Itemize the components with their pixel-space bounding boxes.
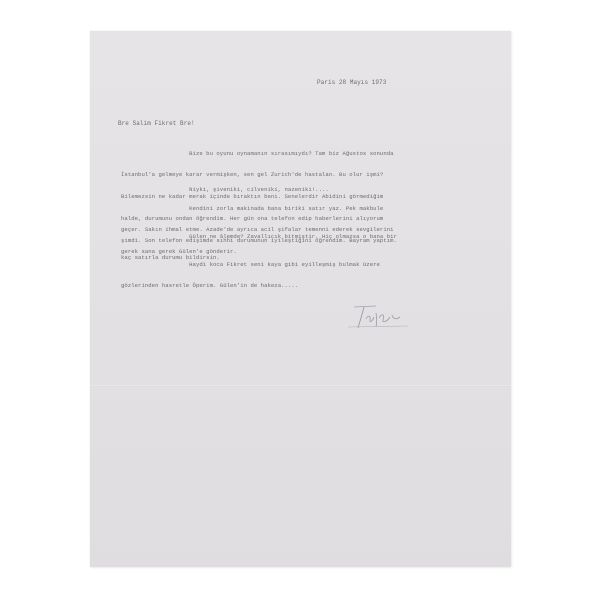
letter-paper: Paris 28 Mayıs 1973 Bre Salim Fikret Bre… bbox=[90, 31, 511, 567]
handwritten-signature bbox=[346, 301, 410, 333]
paragraph-line: gözlerinden hasretle Öperim. Gülen'in de… bbox=[121, 282, 380, 289]
paragraph-line: Haydi koca Fikret seni kaya gibi eyilleş… bbox=[121, 261, 380, 268]
paragraph-5: Haydi koca Fikret seni kaya gibi eyilleş… bbox=[121, 246, 380, 304]
date-line: Paris 28 Mayıs 1973 bbox=[317, 79, 386, 86]
paragraph-line: Bize bu oyunu oynamanın sırasımıydı? Tam… bbox=[121, 150, 397, 157]
greeting: Bre Salim Fikret Bre! bbox=[118, 120, 195, 127]
paper-fold-line bbox=[90, 385, 511, 387]
paragraph-line: Kendini zorla makinada bana biriki satır… bbox=[121, 205, 394, 212]
paragraph-line: Gülen ne âlemde? Zavallıcık bitmiştir. H… bbox=[121, 233, 397, 240]
